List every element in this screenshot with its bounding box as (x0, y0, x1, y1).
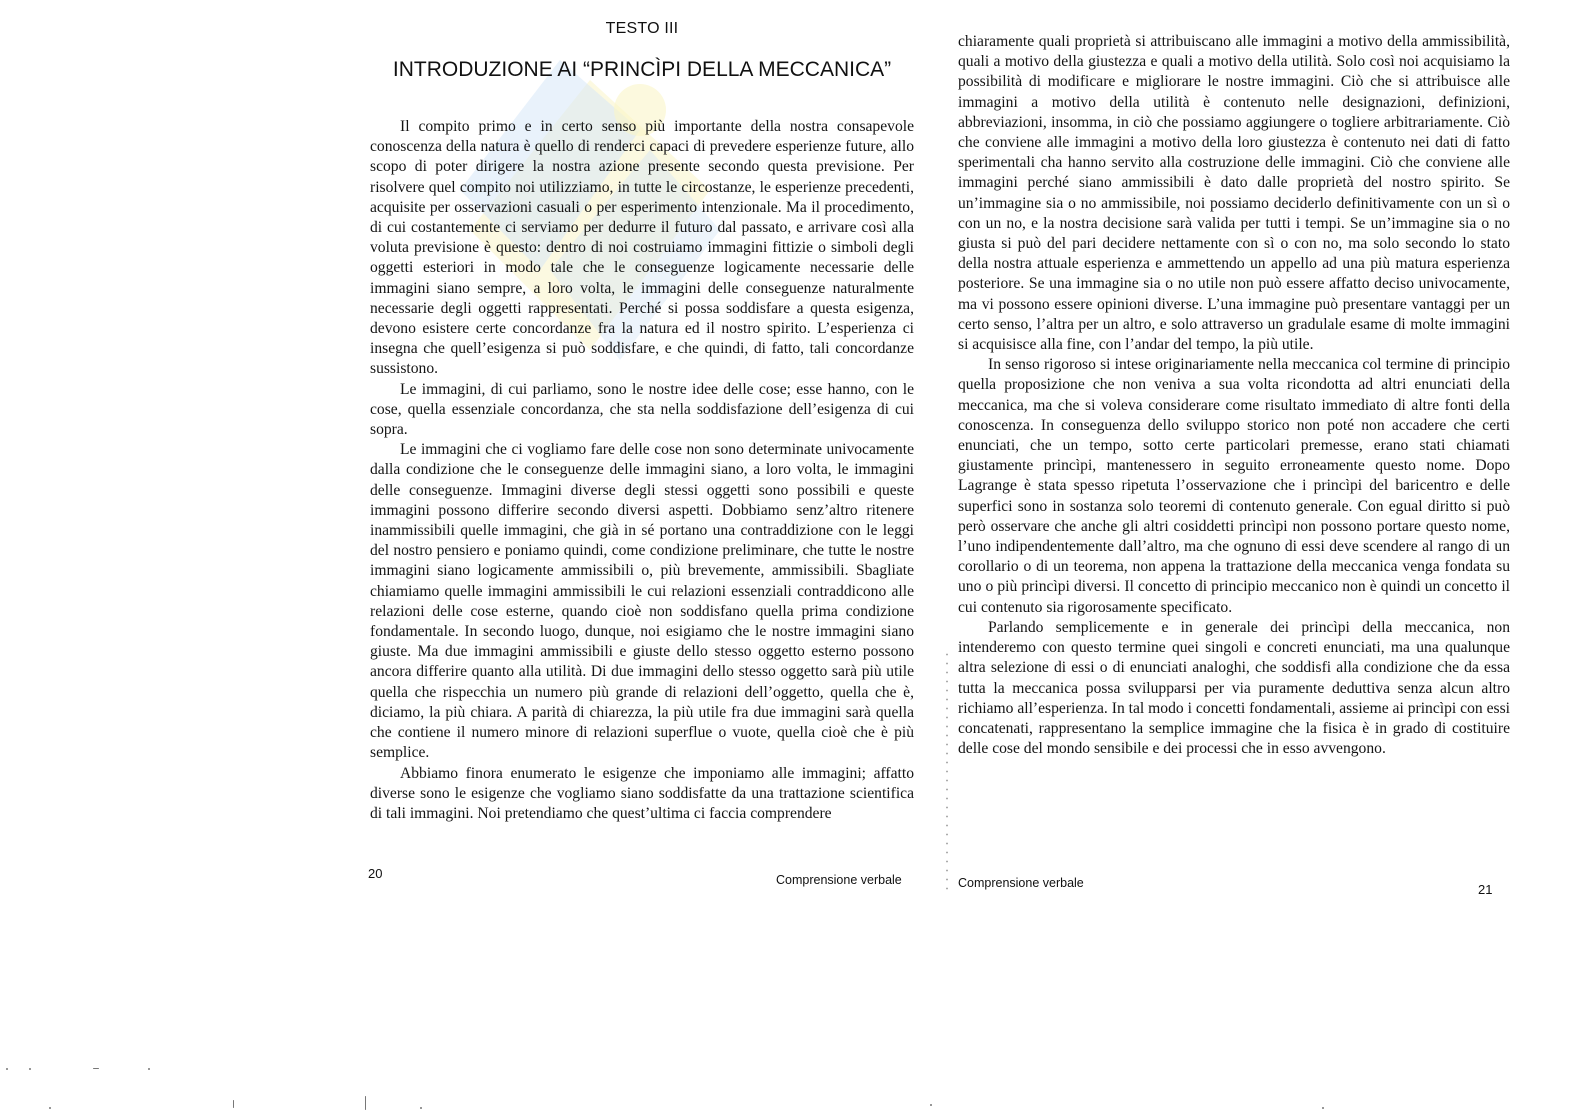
scan-speck (93, 1068, 99, 1069)
paragraph: Le immagini, di cui parliamo, sono le no… (370, 380, 914, 441)
book-spread: TESTO III INTRODUZIONE AI “PRINCÌPI DELL… (0, 0, 1579, 1116)
page-number: 21 (1478, 882, 1492, 897)
paragraph: Il compito primo e in certo senso più im… (370, 117, 914, 380)
paragraph: Parlando semplicemente e in generale dei… (958, 618, 1510, 759)
scan-artifact-dots (946, 650, 948, 890)
scan-speck (49, 1107, 51, 1109)
left-page-body: Il compito primo e in certo senso più im… (370, 117, 914, 824)
scan-speck (6, 1068, 8, 1070)
section-label: TESTO III (368, 20, 916, 38)
scan-speck (148, 1068, 150, 1070)
right-page-body: chiaramente quali proprietà si attribuis… (958, 32, 1510, 759)
page-number: 20 (368, 866, 382, 881)
scan-speck (29, 1068, 31, 1070)
paragraph: In senso rigoroso si intese originariame… (958, 355, 1510, 618)
scan-speck (233, 1100, 234, 1108)
running-footer: Comprensione verbale (776, 873, 902, 887)
paragraph: chiaramente quali proprietà si attribuis… (958, 32, 1510, 355)
scan-speck (365, 1096, 366, 1110)
scan-speck (930, 1104, 932, 1106)
page-title: INTRODUZIONE AI “PRINCÌPI DELLA MECCANIC… (368, 58, 916, 82)
paragraph: Le immagini che ci vogliamo fare delle c… (370, 440, 914, 763)
scan-speck (420, 1107, 422, 1109)
running-footer: Comprensione verbale (958, 876, 1084, 890)
paragraph: Abbiamo finora enumerato le esigenze che… (370, 764, 914, 825)
scan-speck (1322, 1107, 1324, 1109)
